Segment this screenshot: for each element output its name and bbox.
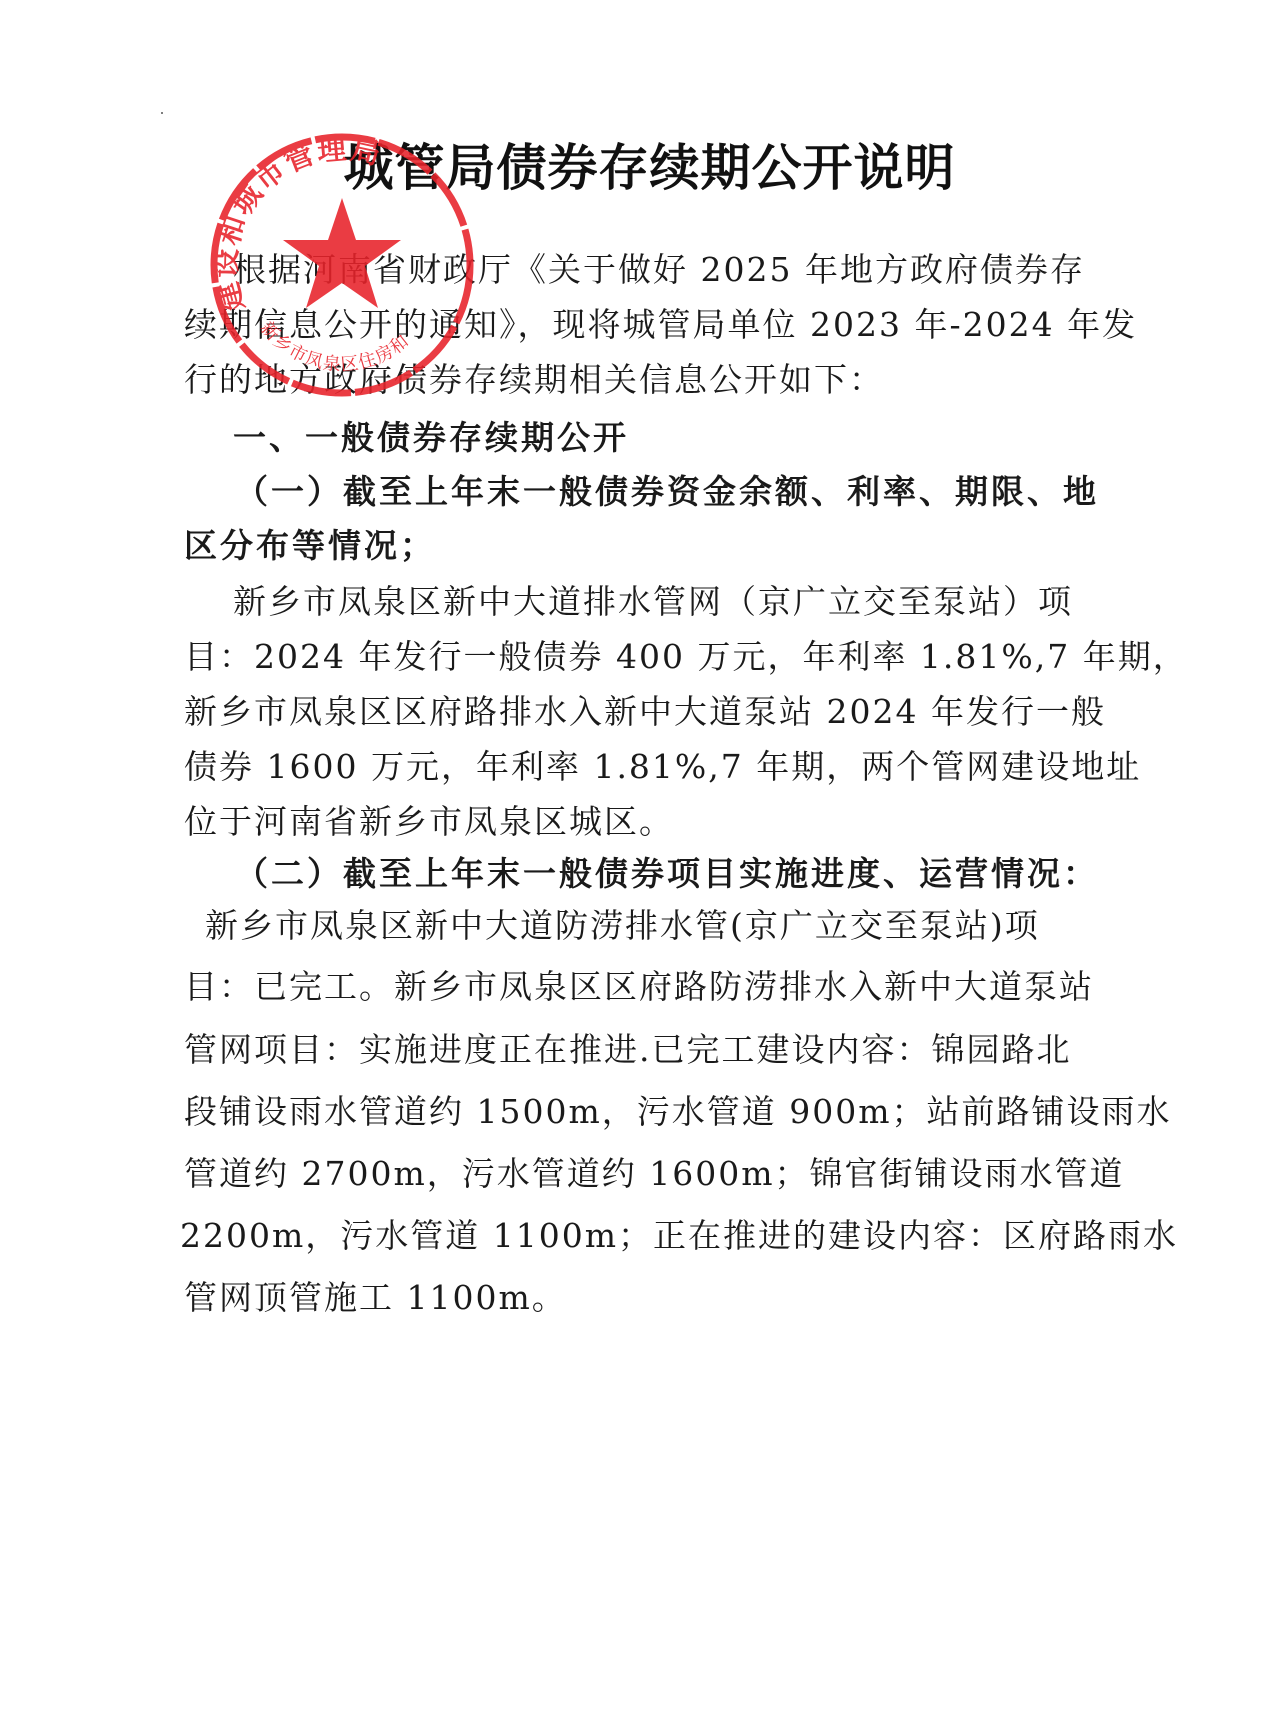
sub-2-body-line-7: 管网顶管施工 1100m。 (184, 1278, 1104, 1318)
document-title: 城管局债券存续期公开说明 (0, 128, 1279, 200)
document-page: 城管局债券存续期公开说明 根据河南省财政厅《关于做好 2025 年地方政府债券存… (0, 0, 1279, 1731)
sub-1-body-line-4: 债券 1600 万元，年利率 1.81%,7 年期，两个管网建设地址 (184, 747, 1104, 787)
section-1-heading: 一、一般债券存续期公开 (233, 418, 1153, 458)
sub-1-body-line-3: 新乡市凤泉区区府路排水入新中大道泵站 2024 年发行一般 (184, 692, 1104, 732)
intro-line-1: 根据河南省财政厅《关于做好 2025 年地方政府债券存 (233, 250, 1153, 290)
sub-2-body-line-5: 管道约 2700m，污水管道约 1600m；锦官街铺设雨水管道 (184, 1154, 1104, 1194)
sub-2-body-line-6: 2200m，污水管道 1100m；正在推进的建设内容：区府路雨水 (180, 1216, 1100, 1256)
intro-line-2: 续期信息公开的通知》，现将城管局单位 2023 年-2024 年发 (184, 305, 1104, 345)
sub-2-heading: （二）截至上年末一般债券项目实施进度、运营情况： (235, 854, 1155, 894)
scan-speck (161, 112, 163, 114)
sub-2-body-line-2: 目：已完工。新乡市凤泉区区府路防涝排水入新中大道泵站 (184, 967, 1104, 1007)
sub-2-body-line-3: 管网项目：实施进度正在推进.已完工建设内容：锦园路北 (184, 1030, 1104, 1070)
sub-2-body-line-1: 新乡市凤泉区新中大道防涝排水管(京广立交至泵站)项 (205, 906, 1125, 946)
intro-line-3: 行的地方政府债券存续期相关信息公开如下： (184, 360, 1104, 400)
sub-1-body-line-1: 新乡市凤泉区新中大道排水管网（京广立交至泵站）项 (233, 582, 1153, 622)
sub-1-heading-line-1: （一）截至上年末一般债券资金余额、利率、期限、地 (235, 472, 1155, 512)
sub-1-body-line-5: 位于河南省新乡市凤泉区城区。 (184, 802, 1104, 842)
sub-1-body-line-2: 目：2024 年发行一般债券 400 万元，年利率 1.81%,7 年期， (184, 637, 1104, 677)
sub-1-heading-line-2: 区分布等情况； (184, 526, 1104, 566)
sub-2-body-line-4: 段铺设雨水管道约 1500m，污水管道 900m；站前路铺设雨水 (184, 1092, 1104, 1132)
